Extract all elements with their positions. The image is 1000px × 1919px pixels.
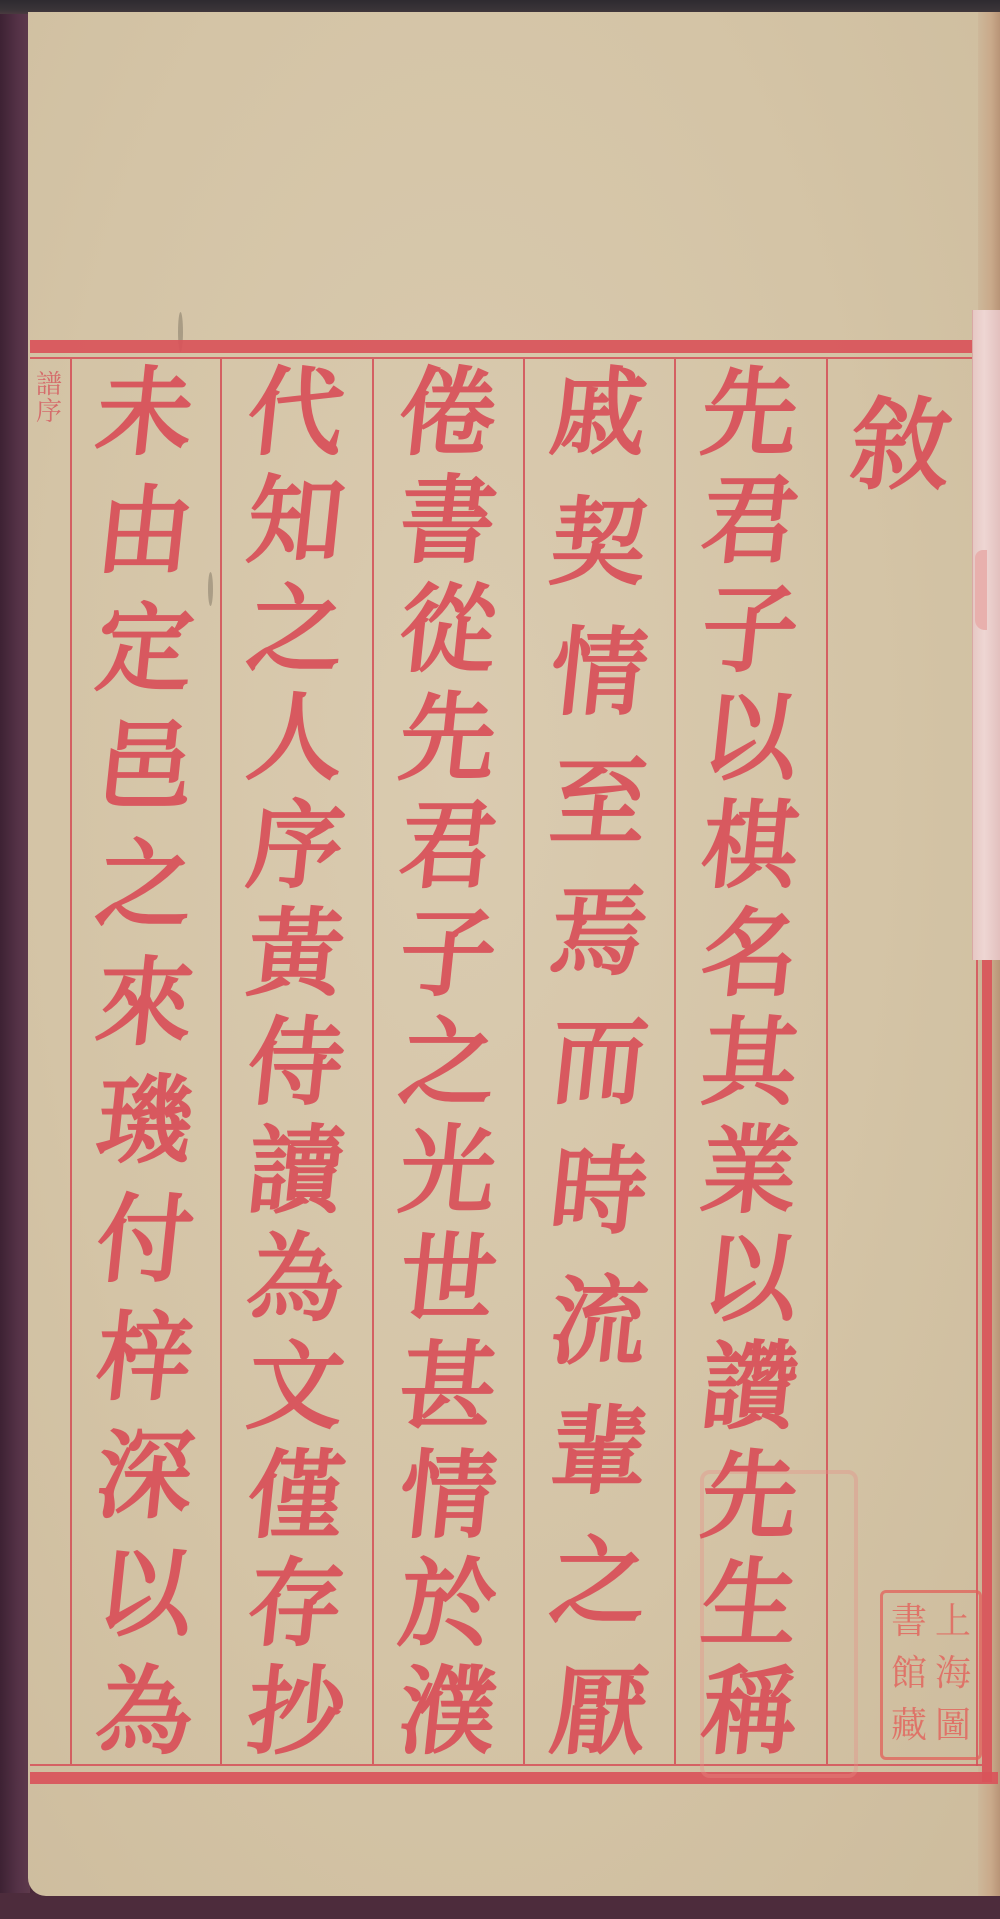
frame-right-thick-border bbox=[982, 960, 992, 1782]
char: 僅 bbox=[243, 1448, 349, 1544]
char: 先 bbox=[697, 1448, 803, 1544]
seal-char: 館 bbox=[887, 1649, 931, 1701]
char: 棋 bbox=[697, 798, 803, 894]
text-column-5: 未 由 定 邑 之 來 璣 付 梓 深 以 為 bbox=[70, 365, 220, 1760]
char: 由 bbox=[92, 483, 198, 579]
char: 光 bbox=[394, 1123, 500, 1219]
char: 讚 bbox=[697, 1339, 803, 1435]
char: 濮 bbox=[394, 1664, 500, 1760]
char: 業 bbox=[697, 1123, 803, 1219]
char: 代 bbox=[243, 365, 349, 461]
char: 甚 bbox=[394, 1339, 500, 1435]
char: 黃 bbox=[243, 906, 349, 1002]
char: 流 bbox=[545, 1274, 651, 1370]
text-column-1: 先 君 子 以 棋 名 其 業 以 讚 先 生 稱 bbox=[674, 365, 826, 1760]
char: 付 bbox=[92, 1192, 198, 1288]
seal-char: 藏 bbox=[887, 1701, 931, 1753]
tab-fold bbox=[975, 550, 987, 630]
char: 之 bbox=[92, 837, 198, 933]
char: 君 bbox=[394, 798, 500, 894]
char: 焉 bbox=[545, 885, 651, 981]
char: 情 bbox=[545, 625, 651, 721]
char: 輩 bbox=[545, 1404, 651, 1500]
char: 子 bbox=[697, 582, 803, 678]
char: 以 bbox=[697, 690, 803, 786]
char: 先 bbox=[697, 365, 803, 461]
char: 其 bbox=[697, 1015, 803, 1111]
char: 未 bbox=[92, 365, 198, 461]
char: 先 bbox=[394, 690, 500, 786]
char: 子 bbox=[394, 906, 500, 1002]
text-column-4: 代 知 之 人 序 黃 侍 讀 為 文 僅 存 抄 bbox=[220, 365, 372, 1760]
char: 抄 bbox=[243, 1664, 349, 1760]
char: 倦 bbox=[394, 365, 500, 461]
title-column: 敘 bbox=[826, 365, 976, 1760]
char: 璣 bbox=[92, 1073, 198, 1169]
seal-char: 海 bbox=[931, 1649, 975, 1701]
pink-tab-flap bbox=[972, 310, 1000, 960]
char: 從 bbox=[394, 582, 500, 678]
char: 情 bbox=[394, 1448, 500, 1544]
char: 而 bbox=[545, 1014, 651, 1110]
char: 存 bbox=[243, 1556, 349, 1652]
char: 世 bbox=[394, 1231, 500, 1327]
char: 生 bbox=[697, 1556, 803, 1652]
char: 邑 bbox=[92, 719, 198, 815]
margin-book-title: 譜 序 bbox=[34, 372, 64, 427]
char: 為 bbox=[92, 1664, 198, 1760]
char: 知 bbox=[243, 473, 349, 569]
frame-top-thick-border bbox=[30, 340, 972, 353]
char: 名 bbox=[697, 906, 803, 1002]
char: 讀 bbox=[243, 1123, 349, 1219]
char: 之 bbox=[243, 582, 349, 678]
seal-char: 上 bbox=[931, 1597, 975, 1649]
char: 書 bbox=[394, 473, 500, 569]
char: 為 bbox=[243, 1231, 349, 1327]
char: 君 bbox=[697, 473, 803, 569]
char: 來 bbox=[92, 955, 198, 1051]
char: 時 bbox=[545, 1144, 651, 1240]
text-column-2: 戚 契 情 至 焉 而 時 流 輩 之 厭 bbox=[523, 365, 674, 1760]
margin-char: 譜 bbox=[36, 372, 62, 399]
text-column-3: 倦 書 從 先 君 子 之 光 世 甚 情 於 濮 bbox=[372, 365, 523, 1760]
char: 人 bbox=[243, 690, 349, 786]
char: 梓 bbox=[92, 1310, 198, 1406]
char: 文 bbox=[243, 1339, 349, 1435]
char: 至 bbox=[545, 755, 651, 851]
seal-char: 圖 bbox=[931, 1701, 975, 1753]
char: 序 bbox=[243, 798, 349, 894]
char: 契 bbox=[545, 495, 651, 591]
seal-char: 書 bbox=[887, 1597, 931, 1649]
book-cover-bottom-edge bbox=[0, 1893, 1000, 1919]
library-seal-stamp: 書 上 館 海 藏 圖 bbox=[880, 1590, 982, 1760]
margin-char: 序 bbox=[36, 399, 62, 426]
section-title: 敘 bbox=[846, 395, 957, 495]
char: 厭 bbox=[545, 1664, 651, 1760]
char: 之 bbox=[545, 1534, 651, 1630]
char: 深 bbox=[92, 1428, 198, 1524]
char: 定 bbox=[92, 601, 198, 697]
char: 以 bbox=[92, 1546, 198, 1642]
char: 戚 bbox=[545, 365, 651, 461]
char: 之 bbox=[394, 1015, 500, 1111]
char: 於 bbox=[394, 1556, 500, 1652]
char: 稱 bbox=[697, 1664, 803, 1760]
char: 以 bbox=[697, 1231, 803, 1327]
char: 侍 bbox=[243, 1015, 349, 1111]
book-cover-left-edge bbox=[0, 0, 30, 1919]
